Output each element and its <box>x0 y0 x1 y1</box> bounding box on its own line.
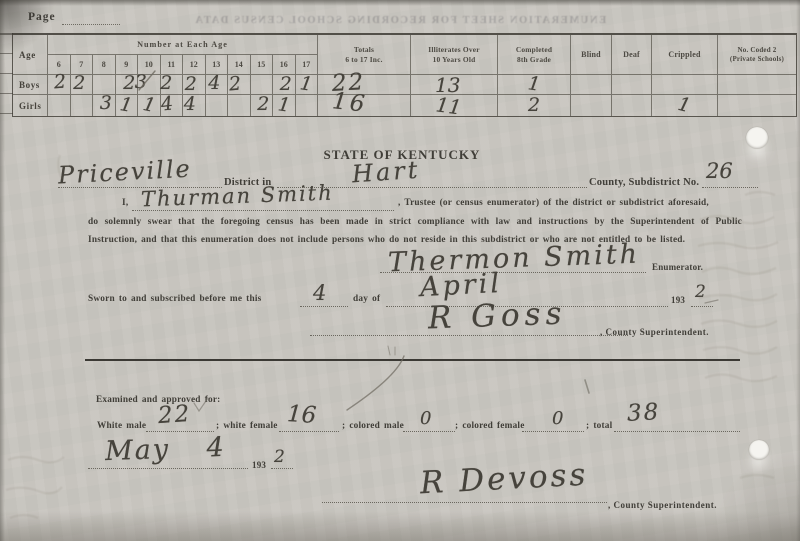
illiterates-header-line2: 10 Years Old <box>433 55 476 64</box>
colored-female-label: ; colored female <box>455 421 525 431</box>
day-of-label: day of <box>353 294 380 304</box>
boys-blind-value <box>571 75 612 95</box>
punch-hole-top <box>746 127 768 149</box>
girls-illiterates-value: 11 <box>411 95 498 116</box>
subdistrict-number-handwritten: 26 <box>706 161 733 182</box>
age-15-header: 15 <box>251 55 274 75</box>
subdistrict-blank-line <box>702 186 758 188</box>
crippled-header: Crippled <box>652 35 718 75</box>
tick-mark <box>585 380 589 393</box>
boys-private-schools-value <box>718 75 796 95</box>
punch-hole-bottom <box>749 440 769 460</box>
girls-age-15-value: 2 <box>251 95 274 116</box>
county-name-handwritten: Hart <box>351 158 421 187</box>
age-12-header: 12 <box>183 55 206 75</box>
approval-signature-line <box>322 501 607 503</box>
blind-header: Blind <box>571 35 612 75</box>
coded-header-line1: No. Coded 2 <box>738 46 777 55</box>
girls-age-8-value: 3 <box>93 95 116 116</box>
white-female-value: 16 <box>286 403 317 428</box>
day-blank-line <box>300 305 348 307</box>
i-label: I, <box>122 198 128 208</box>
colored-female-blank-line <box>522 430 584 432</box>
sworn-year-prefix: 193 <box>671 295 685 305</box>
age-16-header: 16 <box>273 55 296 75</box>
totals-header-line2: 6 to 17 Inc. <box>345 55 382 64</box>
superintendent-label: , County Superintendent. <box>600 327 709 337</box>
stray-pen-stroke <box>347 356 404 410</box>
girls-age-14-value <box>228 95 251 116</box>
boys-completed-8th-value: 1 <box>498 75 571 95</box>
total-label: ; total <box>586 421 612 431</box>
coded-header-line2: (Private Schools) <box>730 55 784 64</box>
approval-year-prefix: 193 <box>252 460 266 470</box>
totals-header-line1: Totals <box>354 45 374 54</box>
subdistrict-label: County, Subdistrict No. <box>589 177 699 188</box>
colored-female-value: 0 <box>552 410 563 428</box>
approval-date-handwritten: May 4 <box>105 434 227 465</box>
boys-age-6-value: 2 <box>48 75 71 95</box>
approval-date-line <box>88 467 248 469</box>
approval-superintendent-label: , County Superintendent. <box>608 500 717 510</box>
boys-crippled-value <box>652 75 718 95</box>
sworn-month-handwritten: April <box>419 270 502 301</box>
district-name-handwritten: Priceville <box>57 157 192 188</box>
colored-male-label: ; colored male <box>342 421 404 431</box>
girls-private-schools-value <box>718 95 796 116</box>
girls-totals-value: 16 <box>318 95 411 116</box>
page-blank-line <box>62 23 120 25</box>
girls-age-11-value: 4 <box>161 95 184 116</box>
year-blank-line <box>691 305 713 307</box>
girls-age-9-value: 1 <box>116 95 139 116</box>
completed-header-line1: Completed <box>516 45 552 54</box>
bleedthrough-mirrored-title: ENUMERATION SHEET FOR RECORDING SCHOOL C… <box>150 15 650 26</box>
section-divider-line <box>85 359 740 361</box>
colored-male-value: 0 <box>420 410 431 428</box>
illiterates-header: Illiterates Over 10 Years Old <box>411 35 498 75</box>
age-8-header: 8 <box>93 55 116 75</box>
sworn-year-digit-handwritten: 2 <box>695 284 706 301</box>
approval-superintendent-signature: R Devoss <box>419 460 589 500</box>
girls-age-7-value <box>71 95 94 116</box>
superintendent-signature: R Goss <box>428 299 567 335</box>
boys-age-12-value: 2 <box>183 75 206 95</box>
girls-deaf-value <box>612 95 652 116</box>
dash-mark <box>705 300 718 303</box>
white-male-label: White male <box>97 421 146 431</box>
boys-row-label: Boys <box>13 75 48 95</box>
completed-8th-header: Completed 8th Grade <box>498 35 571 75</box>
girls-blind-value <box>571 95 612 116</box>
white-male-value: 22 <box>157 403 192 428</box>
completed-header-line2: 8th Grade <box>517 55 551 64</box>
girls-crippled-value: 1 <box>652 95 718 116</box>
girls-completed-8th-value: 2 <box>498 95 571 116</box>
deaf-header: Deaf <box>612 35 652 75</box>
boys-age-13-value: 4 <box>206 75 229 95</box>
private-schools-header: No. Coded 2 (Private Schools) <box>718 35 796 75</box>
girls-row-label: Girls <box>13 95 48 116</box>
small-scribble <box>388 346 395 355</box>
girls-age-6-value <box>48 95 71 116</box>
white-female-label: ; white female <box>216 421 278 431</box>
age-column-header: Age <box>13 35 48 75</box>
illiterates-header-line1: Illiterates Over <box>428 45 479 54</box>
enumerator-label: Enumerator. <box>652 262 703 272</box>
total-value: 38 <box>626 401 660 426</box>
boys-illiterates-value: 13 <box>411 75 498 95</box>
total-blank-line <box>614 430 740 432</box>
oath-text-line1: do solemnly swear that the foregoing cen… <box>88 217 742 227</box>
totals-header: Totals 6 to 17 Inc. <box>318 35 411 75</box>
approval-year-digit-handwritten: 2 <box>274 449 285 466</box>
colored-male-blank-line <box>403 430 455 432</box>
approval-year-line <box>271 467 293 469</box>
girls-age-16-value: 1 <box>273 95 296 116</box>
girls-age-13-value <box>206 95 229 116</box>
boys-age-7-value: 2 <box>71 75 94 95</box>
group-header: Number at Each Age <box>48 35 318 55</box>
trustee-name-handwritten: Thurman Smith <box>141 183 334 211</box>
boys-age-10-value: 3 <box>138 75 161 95</box>
sworn-day-handwritten: 4 <box>313 283 326 304</box>
scanned-census-form: ENUMERATION SHEET FOR RECORDING SCHOOL C… <box>0 0 800 541</box>
boys-age-15-value <box>251 75 274 95</box>
white-female-blank-line <box>279 430 339 432</box>
girls-age-10-value: 1 <box>138 95 161 116</box>
boys-deaf-value <box>612 75 652 95</box>
boys-age-17-value: 1 <box>296 75 319 95</box>
census-table: Age Number at Each Age Totals 6 to 17 In… <box>12 33 797 117</box>
boys-age-16-value: 2 <box>273 75 296 95</box>
girls-age-17-value <box>296 95 319 116</box>
sworn-prefix-text: Sworn to and subscribed before me this <box>88 294 261 304</box>
boys-age-14-value: 2 <box>228 75 251 95</box>
trustee-suffix-text: , Trustee (or census enumerator) of the … <box>398 198 709 208</box>
page-label: Page <box>28 11 56 23</box>
girls-age-12-value: 4 <box>183 95 206 116</box>
